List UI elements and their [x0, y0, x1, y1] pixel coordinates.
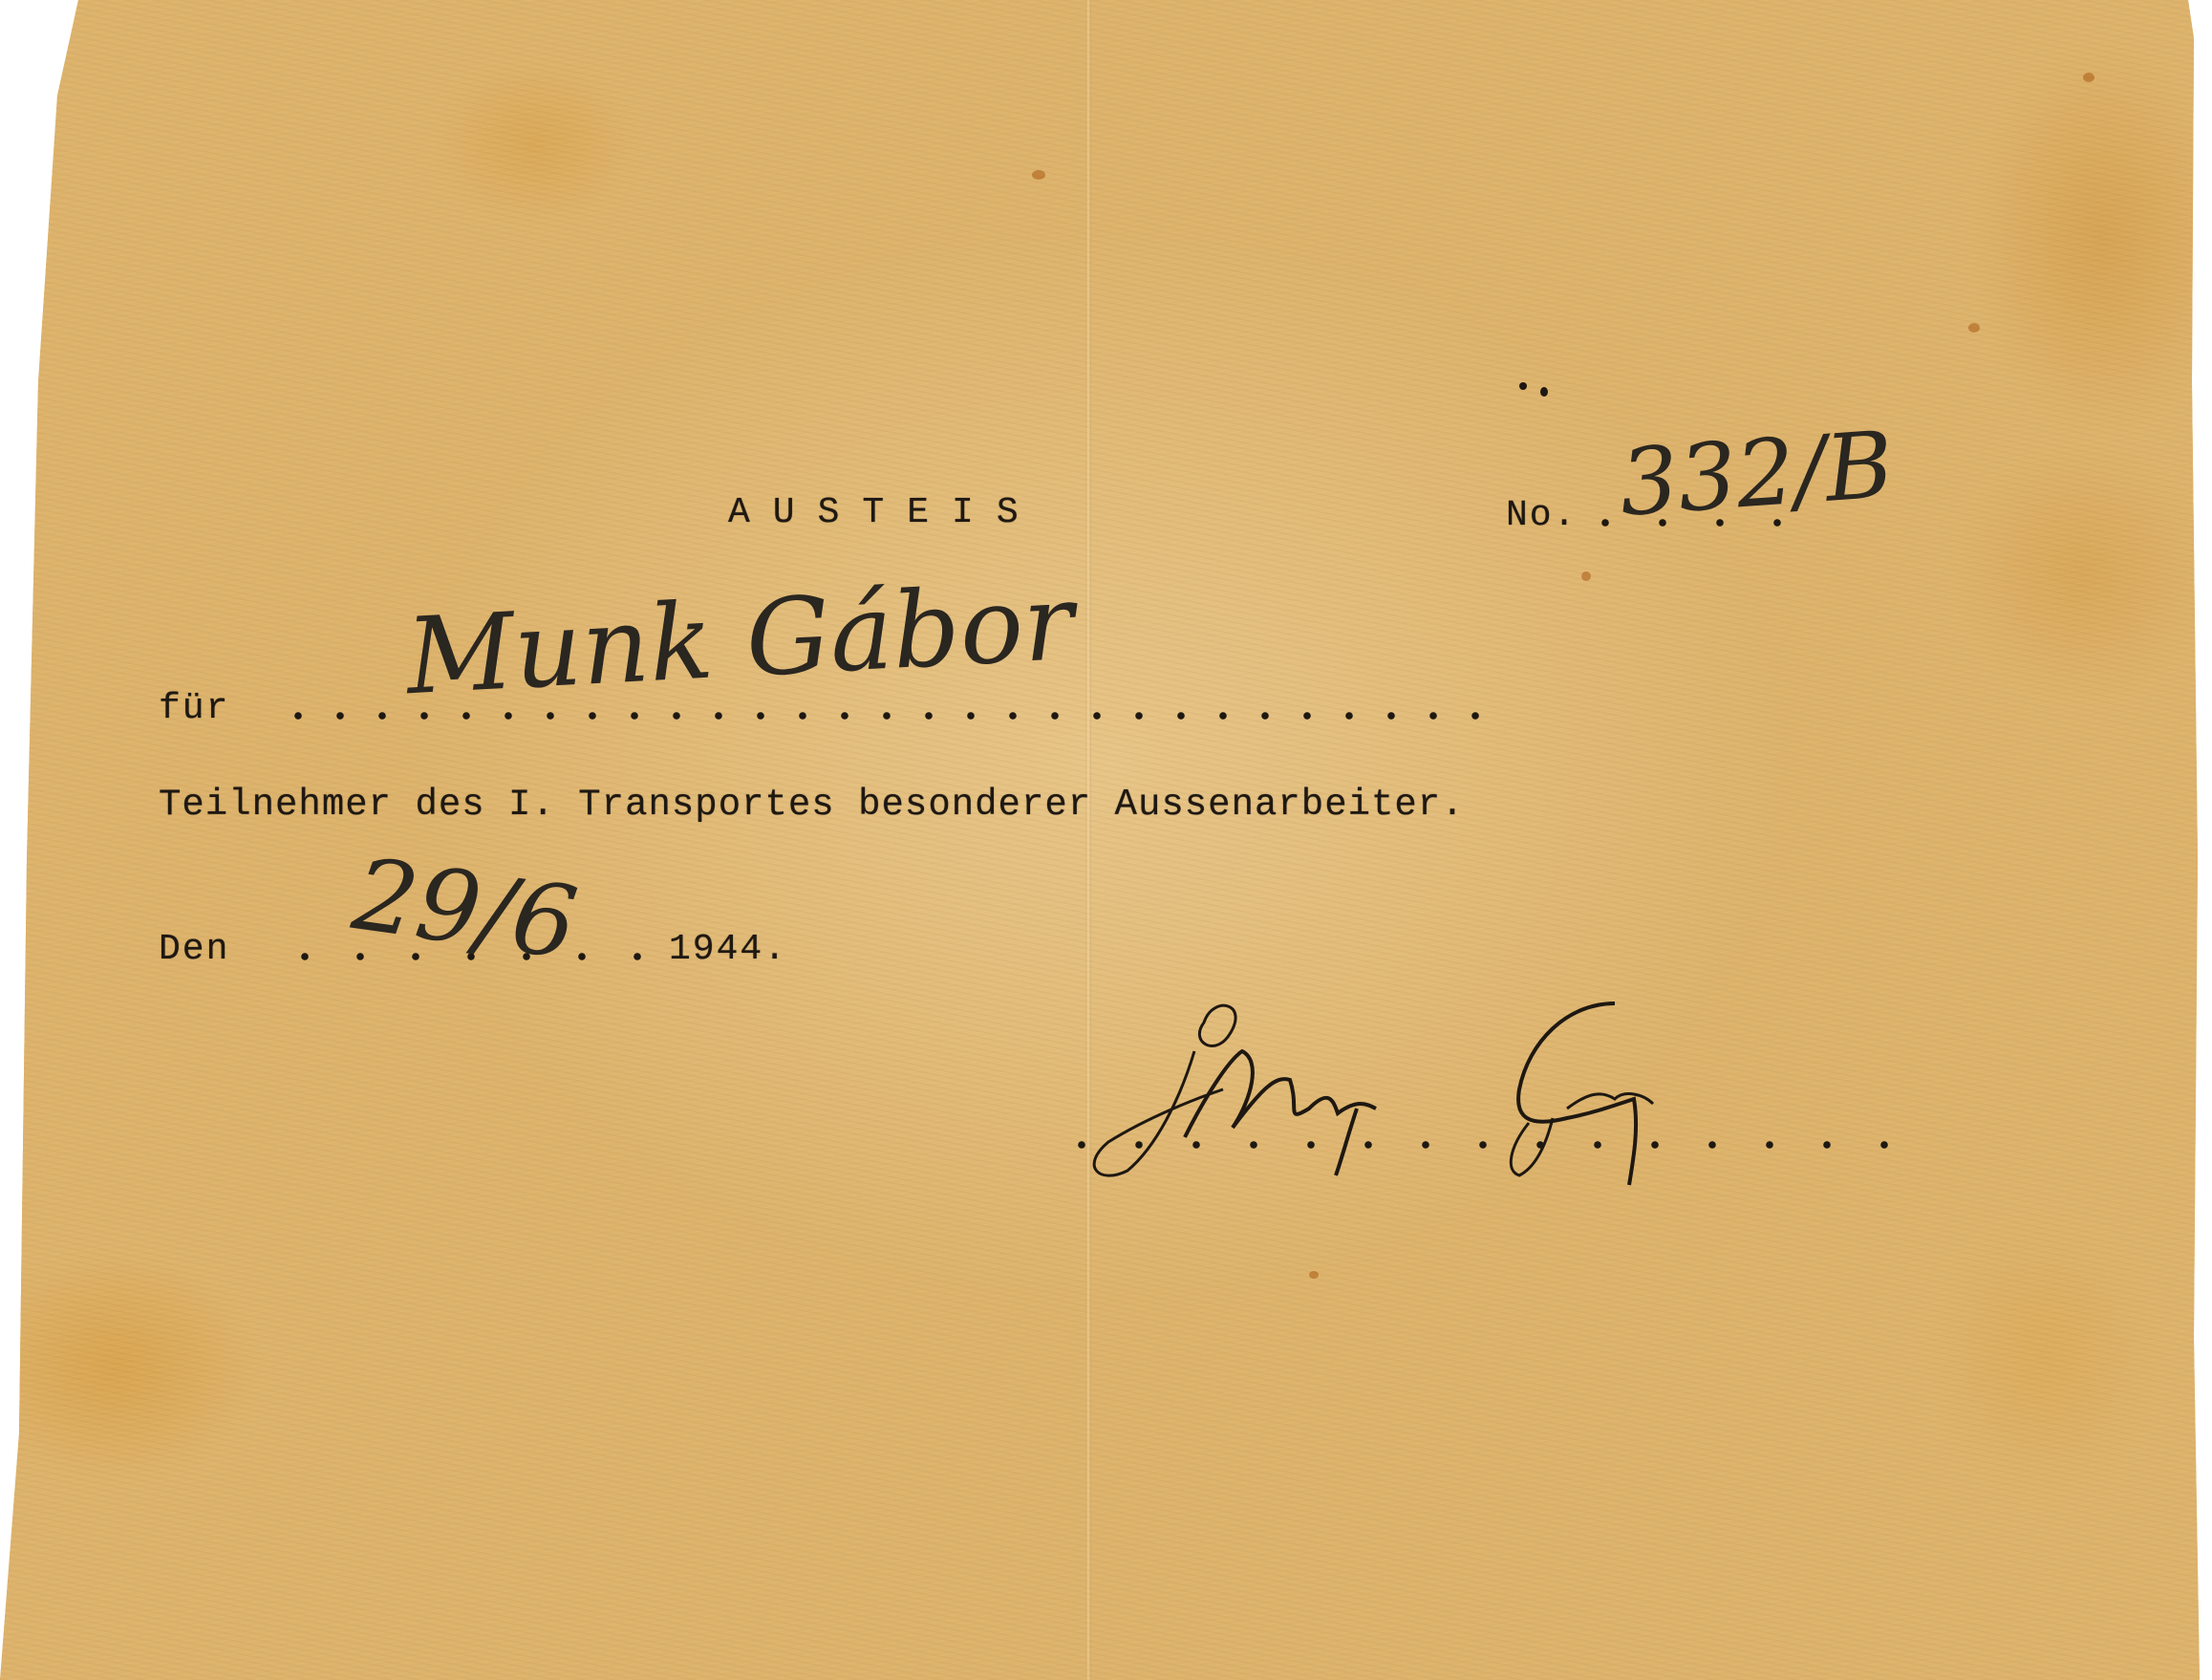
number-label: No. [1506, 495, 1577, 536]
stain [1032, 170, 1045, 180]
recipient-label: für [159, 688, 229, 729]
fold-crease [1085, 0, 1091, 1680]
speck [1519, 382, 1527, 390]
stain [1581, 571, 1591, 581]
description-text: Teilnehmer des I. Transportes besonderer… [159, 784, 1465, 826]
stain [1309, 1271, 1319, 1279]
recipient-name: Munk Gábor [403, 561, 1076, 718]
document-title: AUSTEIS [728, 492, 1042, 533]
stain [2083, 73, 2094, 82]
speck [1540, 387, 1548, 397]
document-number: 332/B [1616, 411, 1896, 537]
date-label: Den [159, 929, 229, 970]
date-year: 1944. [669, 929, 787, 970]
document-paper: AUSTEIS No. 332/B für Munk Gábor Teilneh… [0, 0, 2212, 1680]
stain [1968, 323, 1980, 333]
